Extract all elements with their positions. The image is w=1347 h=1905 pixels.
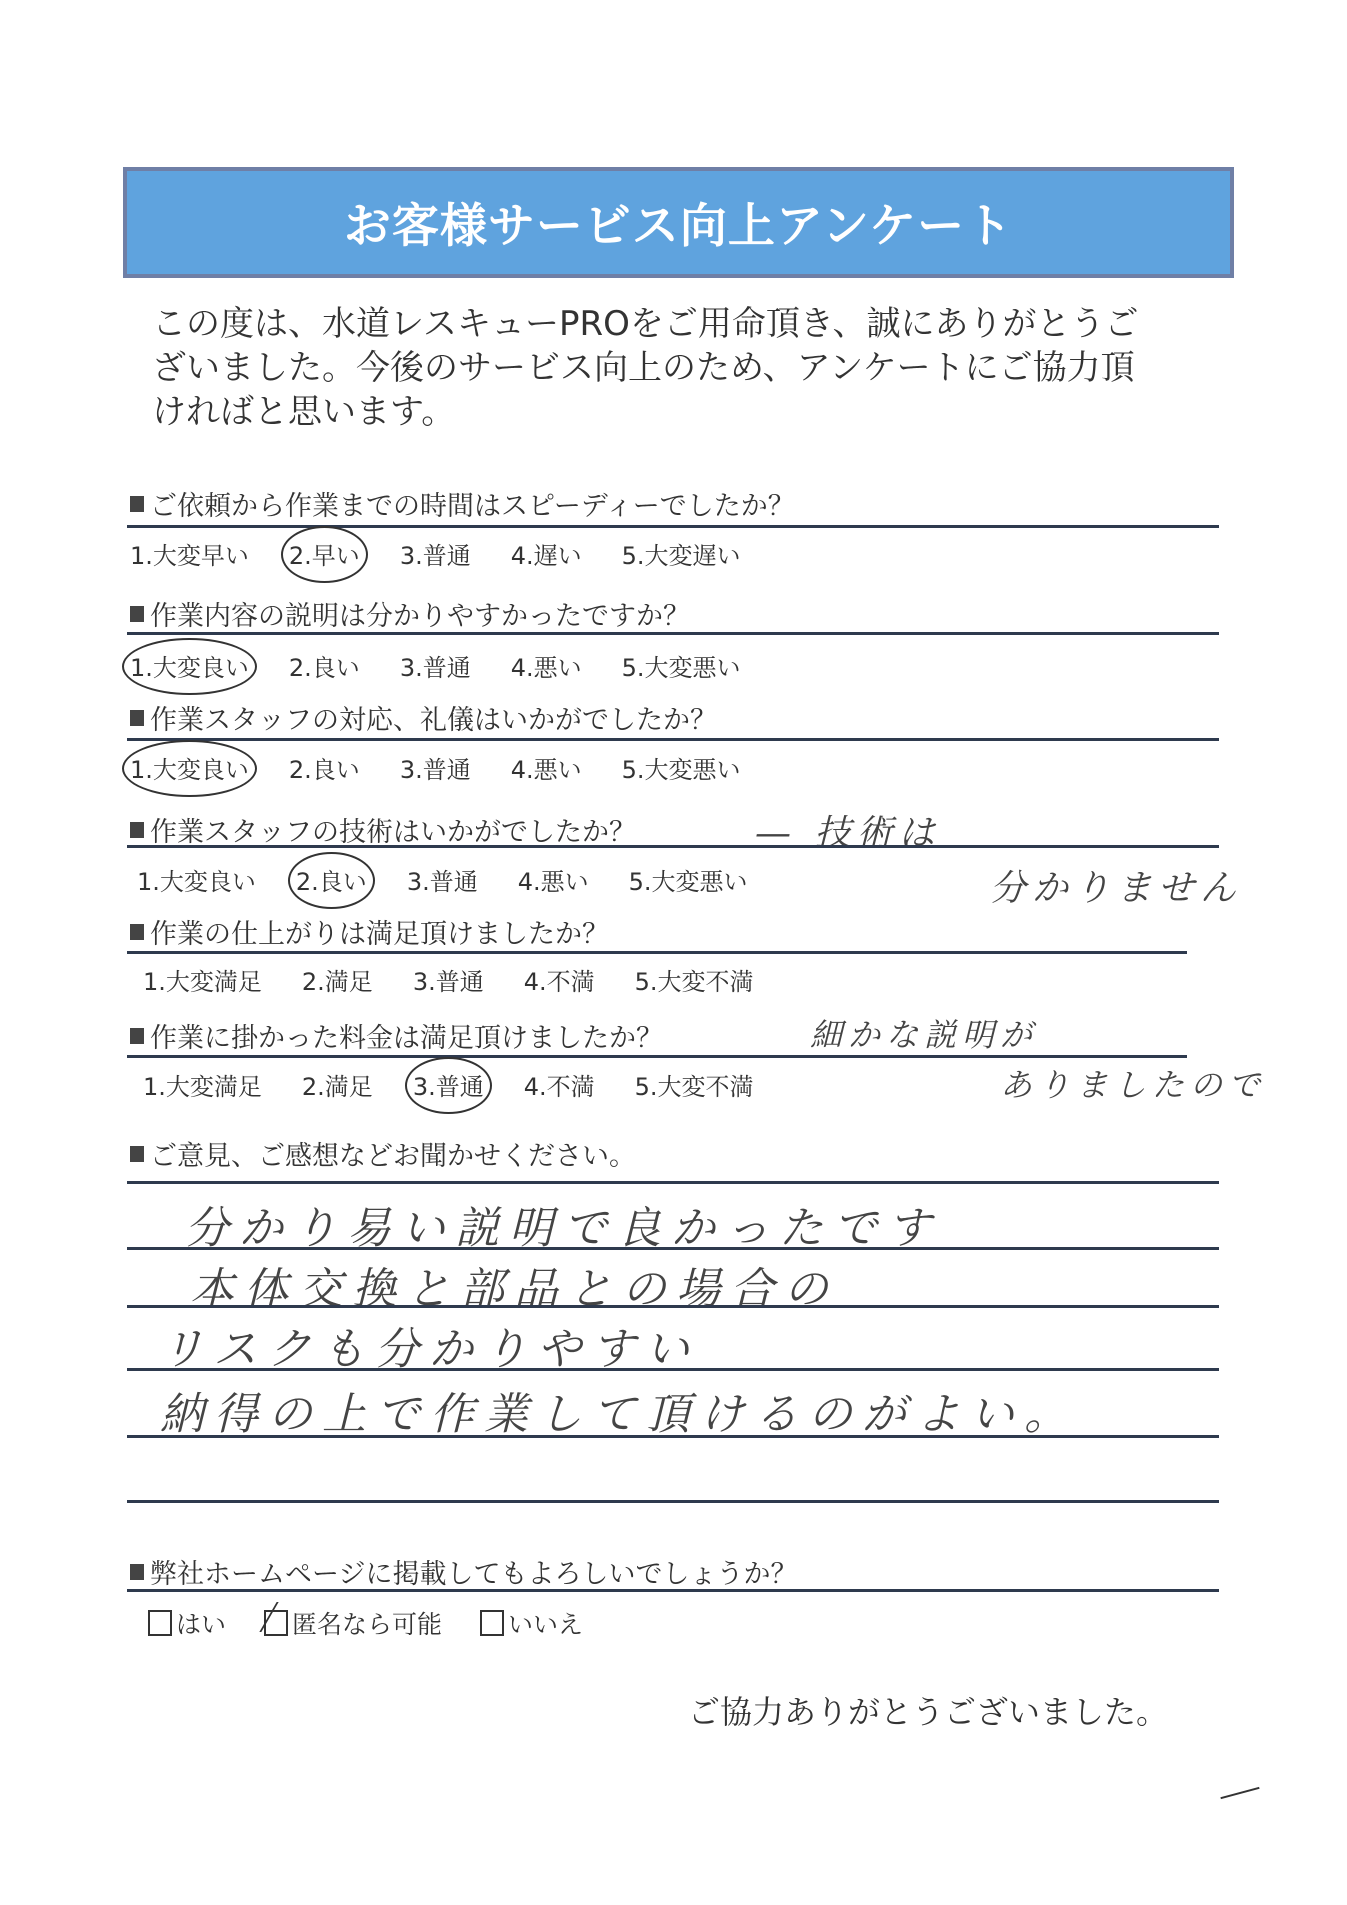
checkbox-icon[interactable] — [148, 1610, 172, 1636]
question-text: 作業スタッフの技術はいかがでしたか？ — [150, 810, 636, 849]
intro-text: この度は、水道レスキューPROをご用命頂き、誠にありがとうご ざいました。今後の… — [152, 302, 1212, 434]
handwritten-note: 細かな説明が — [810, 1010, 1038, 1056]
intro-line: ければと思います。 — [152, 390, 1212, 434]
option[interactable]: 5.大変悪い — [622, 750, 741, 785]
question-3-heading: 作業スタッフの対応、礼儀はいかがでしたか？ — [130, 698, 717, 737]
option[interactable]: 1.大変満足 — [143, 1067, 262, 1102]
checkbox-checked-icon[interactable] — [264, 1610, 288, 1636]
option[interactable]: 3.普通 — [400, 648, 471, 683]
publish-choices: はい 匿名なら可能 いいえ — [148, 1605, 583, 1641]
option[interactable]: 3.普通 — [413, 962, 484, 997]
question-2-options: 1.大変良い 2.良い 3.普通 4.悪い 5.大変悪い — [130, 648, 781, 683]
comment-line — [127, 1181, 1219, 1184]
handwritten-note: — 技術は — [755, 805, 940, 856]
comment-line — [127, 1500, 1219, 1503]
divider — [127, 1589, 1219, 1592]
divider — [127, 1055, 1187, 1058]
option[interactable]: 3.普通 — [400, 536, 471, 571]
option[interactable]: 1.大変良い — [137, 862, 256, 897]
option[interactable]: 2.満足 — [302, 962, 373, 997]
comment-line — [127, 1435, 1219, 1438]
question-4-heading: 作業スタッフの技術はいかがでしたか？ — [130, 810, 636, 849]
handwritten-note: 分かりません — [990, 860, 1242, 911]
option-selected[interactable]: 3.普通 — [413, 1067, 484, 1102]
square-bullet-icon — [130, 1028, 144, 1044]
option[interactable]: 3.普通 — [407, 862, 478, 897]
option[interactable]: 1.大変早い — [130, 536, 249, 571]
checkbox-label: 匿名なら可能 — [292, 1605, 442, 1641]
checkbox-no[interactable]: いいえ — [480, 1605, 583, 1641]
option[interactable]: 4.不満 — [524, 962, 595, 997]
question-3-options: 1.大変良い 2.良い 3.普通 4.悪い 5.大変悪い — [130, 750, 781, 785]
divider — [127, 845, 1219, 848]
question-2-heading: 作業内容の説明は分かりやすかったですか？ — [130, 594, 690, 633]
intro-line: この度は、水道レスキューPROをご用命頂き、誠にありがとうご — [152, 302, 1212, 346]
divider — [127, 632, 1219, 635]
question-1-heading: ご依頼から作業までの時間はスピーディーでしたか？ — [130, 484, 795, 523]
option[interactable]: 2.良い — [289, 648, 360, 683]
divider — [127, 738, 1219, 741]
option-selected[interactable]: 1.大変良い — [130, 750, 249, 785]
checkbox-icon[interactable] — [480, 1610, 504, 1636]
stray-mark — [1220, 1787, 1259, 1799]
option[interactable]: 4.悪い — [511, 750, 582, 785]
square-bullet-icon — [130, 924, 144, 940]
option[interactable]: 5.大変不満 — [635, 1067, 754, 1102]
option-selected[interactable]: 1.大変良い — [130, 648, 249, 683]
question-6-heading: 作業に掛かった料金は満足頂けましたか？ — [130, 1016, 663, 1055]
question-text: 作業の仕上がりは満足頂けましたか？ — [150, 912, 609, 951]
survey-title: お客様サービス向上アンケート — [344, 189, 1013, 256]
handwritten-note: ありましたので — [1000, 1060, 1266, 1106]
comment-line — [127, 1247, 1219, 1250]
square-bullet-icon — [130, 1564, 144, 1580]
option[interactable]: 4.不満 — [524, 1067, 595, 1102]
question-1-options: 1.大変早い 2.早い 3.普通 4.遅い 5.大変遅い — [130, 536, 781, 571]
publish-heading: 弊社ホームページに掲載してもよろしいでしょうか？ — [130, 1552, 797, 1591]
checkbox-anonymous[interactable]: 匿名なら可能 — [264, 1605, 442, 1641]
option-selected[interactable]: 2.良い — [296, 862, 367, 897]
question-text: 作業スタッフの対応、礼儀はいかがでしたか？ — [150, 698, 717, 737]
question-5-options: 1.大変満足 2.満足 3.普通 4.不満 5.大変不満 — [143, 962, 794, 997]
option[interactable]: 4.遅い — [511, 536, 582, 571]
question-text: ご依頼から作業までの時間はスピーディーでしたか？ — [150, 484, 795, 523]
option[interactable]: 3.普通 — [400, 750, 471, 785]
option[interactable]: 1.大変満足 — [143, 962, 262, 997]
option-selected[interactable]: 2.早い — [289, 536, 360, 571]
divider — [127, 951, 1187, 954]
option[interactable]: 4.悪い — [511, 648, 582, 683]
option[interactable]: 5.大変悪い — [622, 648, 741, 683]
square-bullet-icon — [130, 1146, 144, 1162]
question-text: 作業に掛かった料金は満足頂けましたか？ — [150, 1016, 663, 1055]
option[interactable]: 5.大変遅い — [622, 536, 741, 571]
checkbox-label: はい — [176, 1605, 226, 1641]
square-bullet-icon — [130, 496, 144, 512]
option[interactable]: 5.大変不満 — [635, 962, 754, 997]
comment-line — [127, 1368, 1219, 1371]
question-6-options: 1.大変満足 2.満足 3.普通 4.不満 5.大変不満 — [143, 1067, 794, 1102]
handwritten-comment: 納得の上で作業して頂けるのがよい。 — [160, 1378, 1078, 1442]
checkbox-label: いいえ — [508, 1605, 583, 1641]
option[interactable]: 2.良い — [289, 750, 360, 785]
question-5-heading: 作業の仕上がりは満足頂けましたか？ — [130, 912, 609, 951]
comment-line — [127, 1305, 1219, 1308]
checkbox-yes[interactable]: はい — [148, 1605, 226, 1641]
question-4-options: 1.大変良い 2.良い 3.普通 4.悪い 5.大変悪い — [137, 862, 788, 897]
divider — [127, 525, 1219, 528]
square-bullet-icon — [130, 822, 144, 838]
intro-line: ざいました。今後のサービス向上のため、アンケートにご協力頂 — [152, 346, 1212, 390]
option[interactable]: 2.満足 — [302, 1067, 373, 1102]
question-text: ご意見、ご感想などお聞かせください。 — [150, 1134, 636, 1173]
square-bullet-icon — [130, 710, 144, 726]
question-text: 作業内容の説明は分かりやすかったですか？ — [150, 594, 690, 633]
thanks-text: ご協力ありがとうございました。 — [688, 1687, 1168, 1733]
option[interactable]: 4.悪い — [518, 862, 589, 897]
comments-heading: ご意見、ご感想などお聞かせください。 — [130, 1134, 636, 1173]
survey-title-banner: お客様サービス向上アンケート — [123, 167, 1234, 278]
square-bullet-icon — [130, 606, 144, 622]
option[interactable]: 5.大変悪い — [629, 862, 748, 897]
question-text: 弊社ホームページに掲載してもよろしいでしょうか？ — [150, 1552, 797, 1591]
